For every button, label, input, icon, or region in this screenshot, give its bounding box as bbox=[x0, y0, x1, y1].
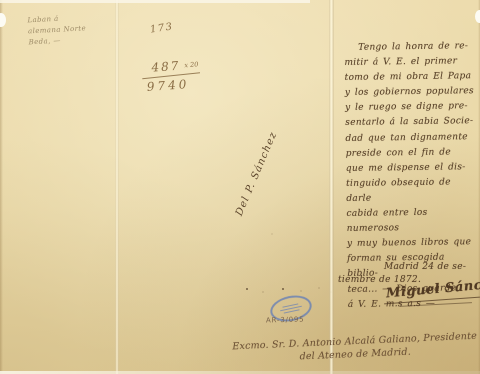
calculation: 487x 20 9740 bbox=[139, 53, 211, 95]
catalog-number: AR-3/095 bbox=[266, 315, 305, 324]
calculation-multiplier: x 20 bbox=[184, 60, 199, 69]
pencil-annotation: Laban áalemana NorteBeda, — bbox=[27, 11, 119, 49]
calculation-multiplicand: 487 bbox=[151, 59, 181, 75]
scanned-letter: Laban áalemana NorteBeda, — 173 487x 20 … bbox=[0, 0, 480, 374]
scan-edge-left bbox=[0, 0, 3, 374]
letter-line: sentarlo á la sabia Socie- bbox=[345, 115, 477, 132]
date-line: Madrid 24 de se- bbox=[338, 261, 480, 274]
letter-line: tinguido obsequio de darle bbox=[346, 175, 478, 207]
letter-line: cabida entre los numerosos bbox=[346, 205, 478, 237]
punch-hole-right bbox=[475, 10, 480, 23]
letter-line: dad que tan dignamente bbox=[345, 130, 477, 147]
letter-line: y muy buenos libros que bbox=[347, 235, 479, 252]
letter-line: que me dispense el dis- bbox=[346, 160, 478, 177]
fold-crease-right bbox=[329, 0, 334, 374]
scan-edge-top bbox=[0, 0, 310, 3]
ink-speckles bbox=[246, 288, 248, 290]
fold-crease-left bbox=[115, 0, 119, 374]
